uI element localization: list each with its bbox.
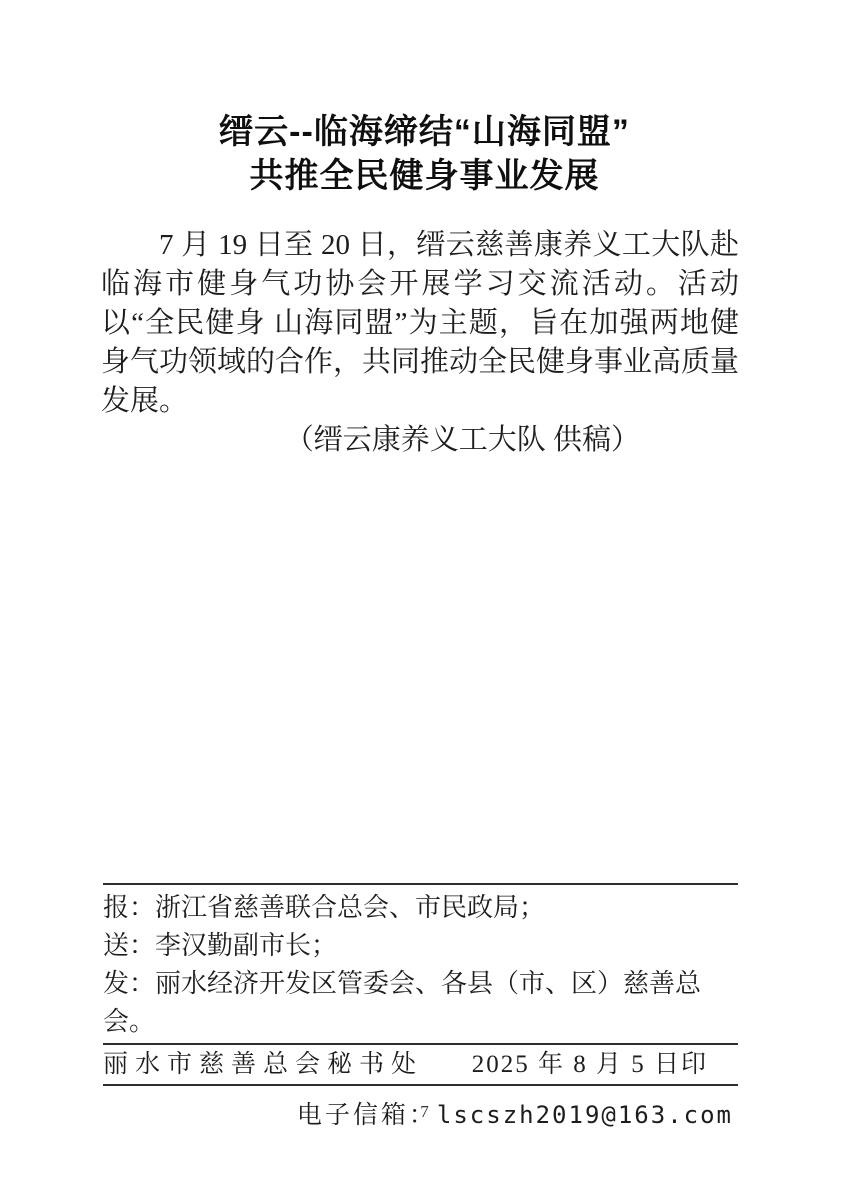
report-to-line: 报：浙江省慈善联合总会、市民政局；: [103, 889, 738, 927]
print-date: 2025 年 8 月 5 日印: [472, 1050, 738, 1080]
body-paragraph: 7 月 19 日至 20 日，缙云慈善康养义工大队赴临海市健身气功协会开展学习交…: [101, 226, 739, 421]
attribution-line: （缙云康养义工大队 供稿）: [101, 421, 739, 460]
title-line-1: 缙云--临海缔结“山海同盟”: [0, 110, 849, 154]
document-title: 缙云--临海缔结“山海同盟” 共推全民健身事业发展: [0, 110, 849, 198]
document-page: 缙云--临海缔结“山海同盟” 共推全民健身事业发展 7 月 19 日至 20 日…: [0, 0, 849, 1200]
imprint-row: 丽水市慈善总会秘书处 2025 年 8 月 5 日印: [103, 1045, 738, 1086]
title-line-2: 共推全民健身事业发展: [0, 154, 849, 198]
issuer-name: 丽水市慈善总会秘书处: [103, 1050, 423, 1080]
issue-to-line: 发：丽水经济开发区管委会、各县（市、区）慈善总会。: [103, 965, 738, 1041]
document-body: 7 月 19 日至 20 日，缙云慈善康养义工大队赴临海市健身气功协会开展学习交…: [101, 226, 739, 460]
send-to-line: 送：李汉勤副市长；: [103, 927, 738, 965]
distribution-block: 报：浙江省慈善联合总会、市民政局； 送：李汉勤副市长； 发：丽水经济开发区管委会…: [103, 883, 738, 1045]
document-footer: 报：浙江省慈善联合总会、市民政局； 送：李汉勤副市长； 发：丽水经济开发区管委会…: [103, 883, 738, 1131]
page-number: 7: [0, 1102, 849, 1122]
